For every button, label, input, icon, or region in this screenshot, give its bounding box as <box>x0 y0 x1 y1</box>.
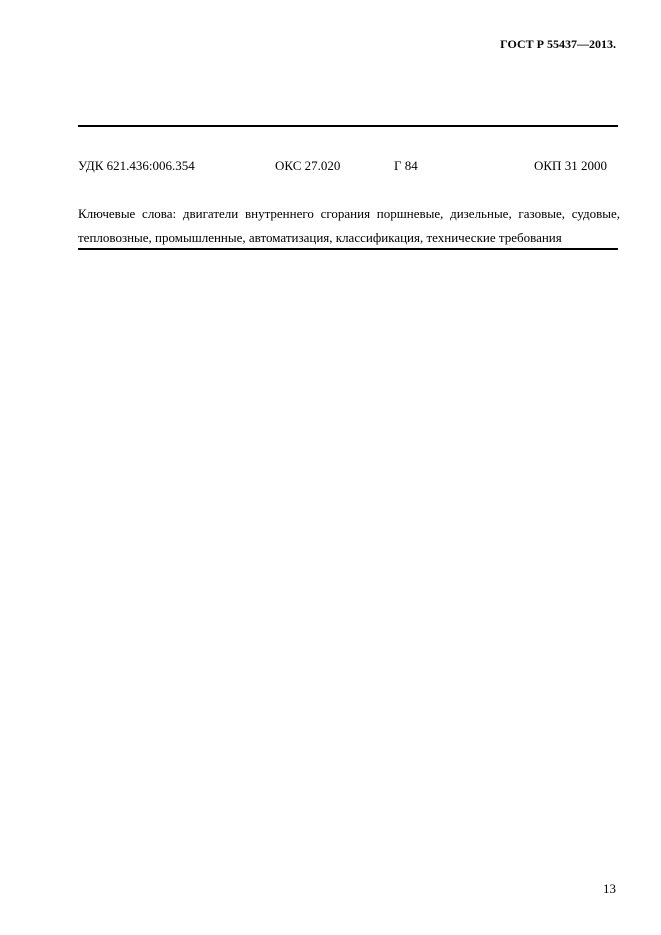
udk-code: УДК 621.436:006.354 <box>78 158 195 174</box>
oks-code: ОКС 27.020 <box>275 158 340 174</box>
top-divider <box>78 125 618 127</box>
standard-code: ГОСТ Р 55437—2013. <box>500 37 616 52</box>
keywords-paragraph: Ключевые слова: двигатели внутреннего сг… <box>78 202 620 250</box>
classification-row: УДК 621.436:006.354 ОКС 27.020 Г 84 ОКП … <box>78 158 618 174</box>
bottom-divider <box>78 248 618 250</box>
okp-code: ОКП 31 2000 <box>534 158 607 174</box>
g-code: Г 84 <box>394 158 418 174</box>
page-number: 13 <box>603 881 616 897</box>
